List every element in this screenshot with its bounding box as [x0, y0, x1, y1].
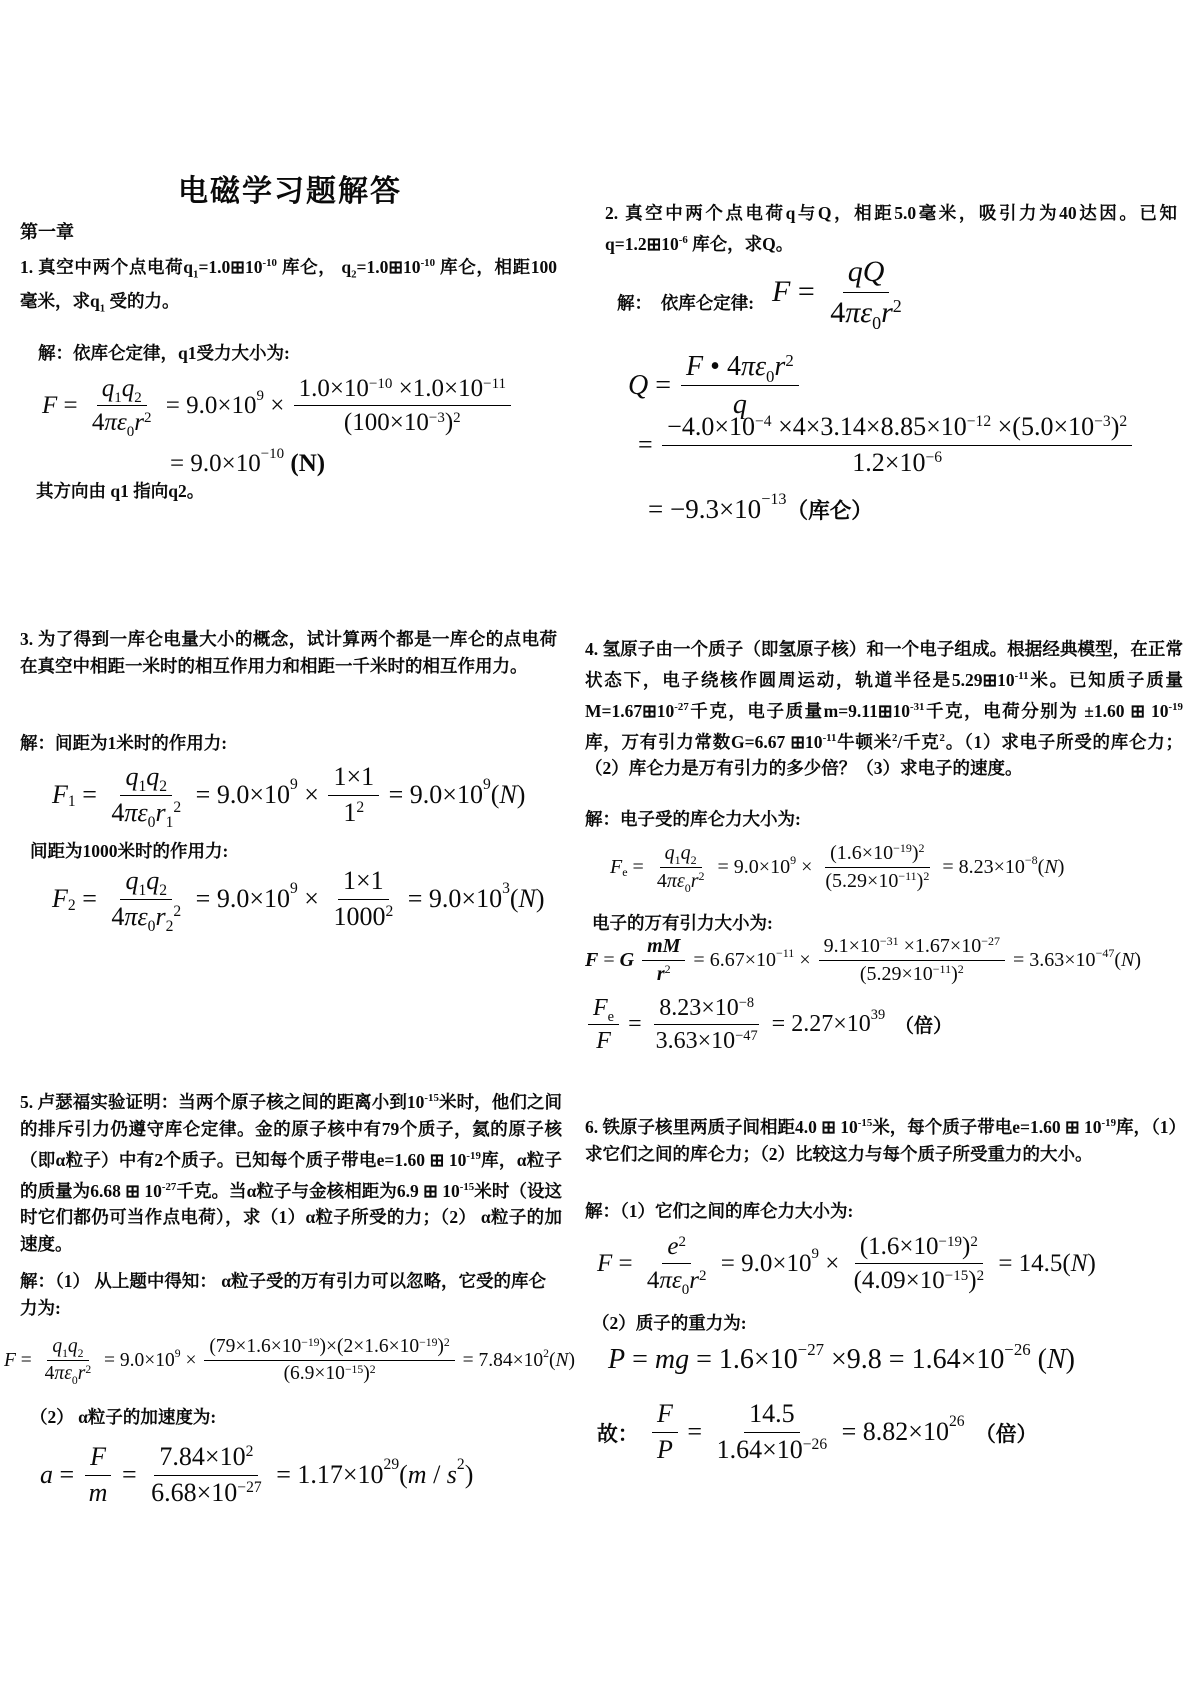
problem-6-solution-label-weight: （2）质子的重力为:: [592, 1310, 747, 1337]
problem-3-statement: 3. 为了得到一库仑电量大小的概念，试计算两个都是一库仑的点电荷在真空中相距一米…: [20, 626, 557, 680]
problem-3-solution-label-1000m: 间距为1000米时的作用力:: [30, 838, 228, 865]
problem-5-solution-label-accel: （2） α粒子的加速度为:: [30, 1404, 216, 1431]
problem-3-formula-f2: F2 = q1q24πε0r22 = 9.0×109 × 1×110002 = …: [52, 864, 545, 934]
problem-2-formula-result: = −9.3×10−13（库仑）: [648, 494, 873, 525]
problem-6-formula-weight: P = mg = 1.6×10−27 ×9.8 = 1.64×10−26 (N): [608, 1344, 1075, 1376]
problem-5-solution-label: 解：（1） 从上题中得知： α粒子受的万有引力可以忽略，它受的库仑力为:: [20, 1268, 562, 1322]
problem-2-solution-label: 解： 依库仑定律:: [617, 290, 758, 317]
problem-6-formula-ratio: 故： FP = 14.51.64×10−26 = 8.82×1026 （倍）: [597, 1397, 1037, 1467]
problem-3-formula-f1: F1 = q1q24πε0r12 = 9.0×109 × 1×112 = 9.0…: [52, 760, 525, 830]
problem-5-formula-accel: a = Fm = 7.84×1026.68×10−27 = 1.17×1029(…: [40, 1440, 473, 1510]
problem-6-statement: 6. 铁原子核里两质子间相距4.0 ⊞ 10-15米，每个质子带电e=1.60 …: [585, 1110, 1183, 1168]
problem-3-solution-label-1m: 解：间距为1米时的作用力:: [20, 730, 227, 757]
problem-1-solution-label: 解：依库仑定律，q1受力大小为:: [38, 340, 290, 367]
problem-5-statement: 5. 卢瑟福实验证明：当两个原子核之间的距离小到10-15米时，他们之间的排斥引…: [20, 1085, 562, 1258]
problem-5-formula-force: F = q1q24πε0r2 = 9.0×109 × (79×1.6×10−19…: [4, 1334, 575, 1388]
problem-4-statement: 4. 氢原子由一个质子（即氢原子核）和一个电子组成。根据经典模型，在正常状态下，…: [585, 636, 1183, 782]
problem-4-formula-ratio: FeF = 8.23×10−83.63×10−47 = 2.27×1039 （倍…: [585, 992, 952, 1057]
problem-2-statement: 2. 真空中两个点电荷q与Q，相距5.0毫米，吸引力为40达因。已知q=1.2⊞…: [605, 200, 1177, 258]
problem-6-solution-label-coulomb: 解：（1）它们之间的库仑力大小为:: [585, 1198, 853, 1225]
problem-6-formula-coulomb: F = e24πε0r2 = 9.0×109 × (1.6×10−19)2(4.…: [597, 1230, 1096, 1298]
problem-1-formula-result: = 9.0×10−10 (N): [170, 450, 325, 478]
chapter-heading: 第一章: [20, 218, 74, 244]
problem-4-formula-gravity: F = G mMr2 = 6.67×10−11 × 9.1×10−31 ×1.6…: [585, 933, 1141, 988]
problem-1-direction-note: 其方向由 q1 指向q2。: [36, 478, 204, 505]
problem-1-formula-coulomb: F = q1q24πε0r2 = 9.0×109 × 1.0×10−10 ×1.…: [42, 372, 514, 440]
problem-4-solution-label-coulomb: 解：电子受的库仑力大小为:: [585, 806, 801, 833]
problem-1-statement: 1. 真空中两个点电荷q1=1.0⊞10-10 库仑， q2=1.0⊞10-10…: [20, 250, 557, 323]
problem-2-formula-substitution: = −4.0×10−4 ×4×3.14×8.85×10−12 ×(5.0×10−…: [638, 410, 1135, 480]
document-page: 电磁学习题解答 第一章 1. 真空中两个点电荷q1=1.0⊞10-10 库仑， …: [0, 0, 1190, 1683]
page-title: 电磁学习题解答: [40, 166, 540, 210]
problem-4-formula-coulomb: Fe = q1q24πε0r2 = 9.0×109 × (1.6×10−19)2…: [610, 840, 1064, 895]
problem-2-formula-law: F = qQ4πε0r2: [772, 252, 910, 332]
